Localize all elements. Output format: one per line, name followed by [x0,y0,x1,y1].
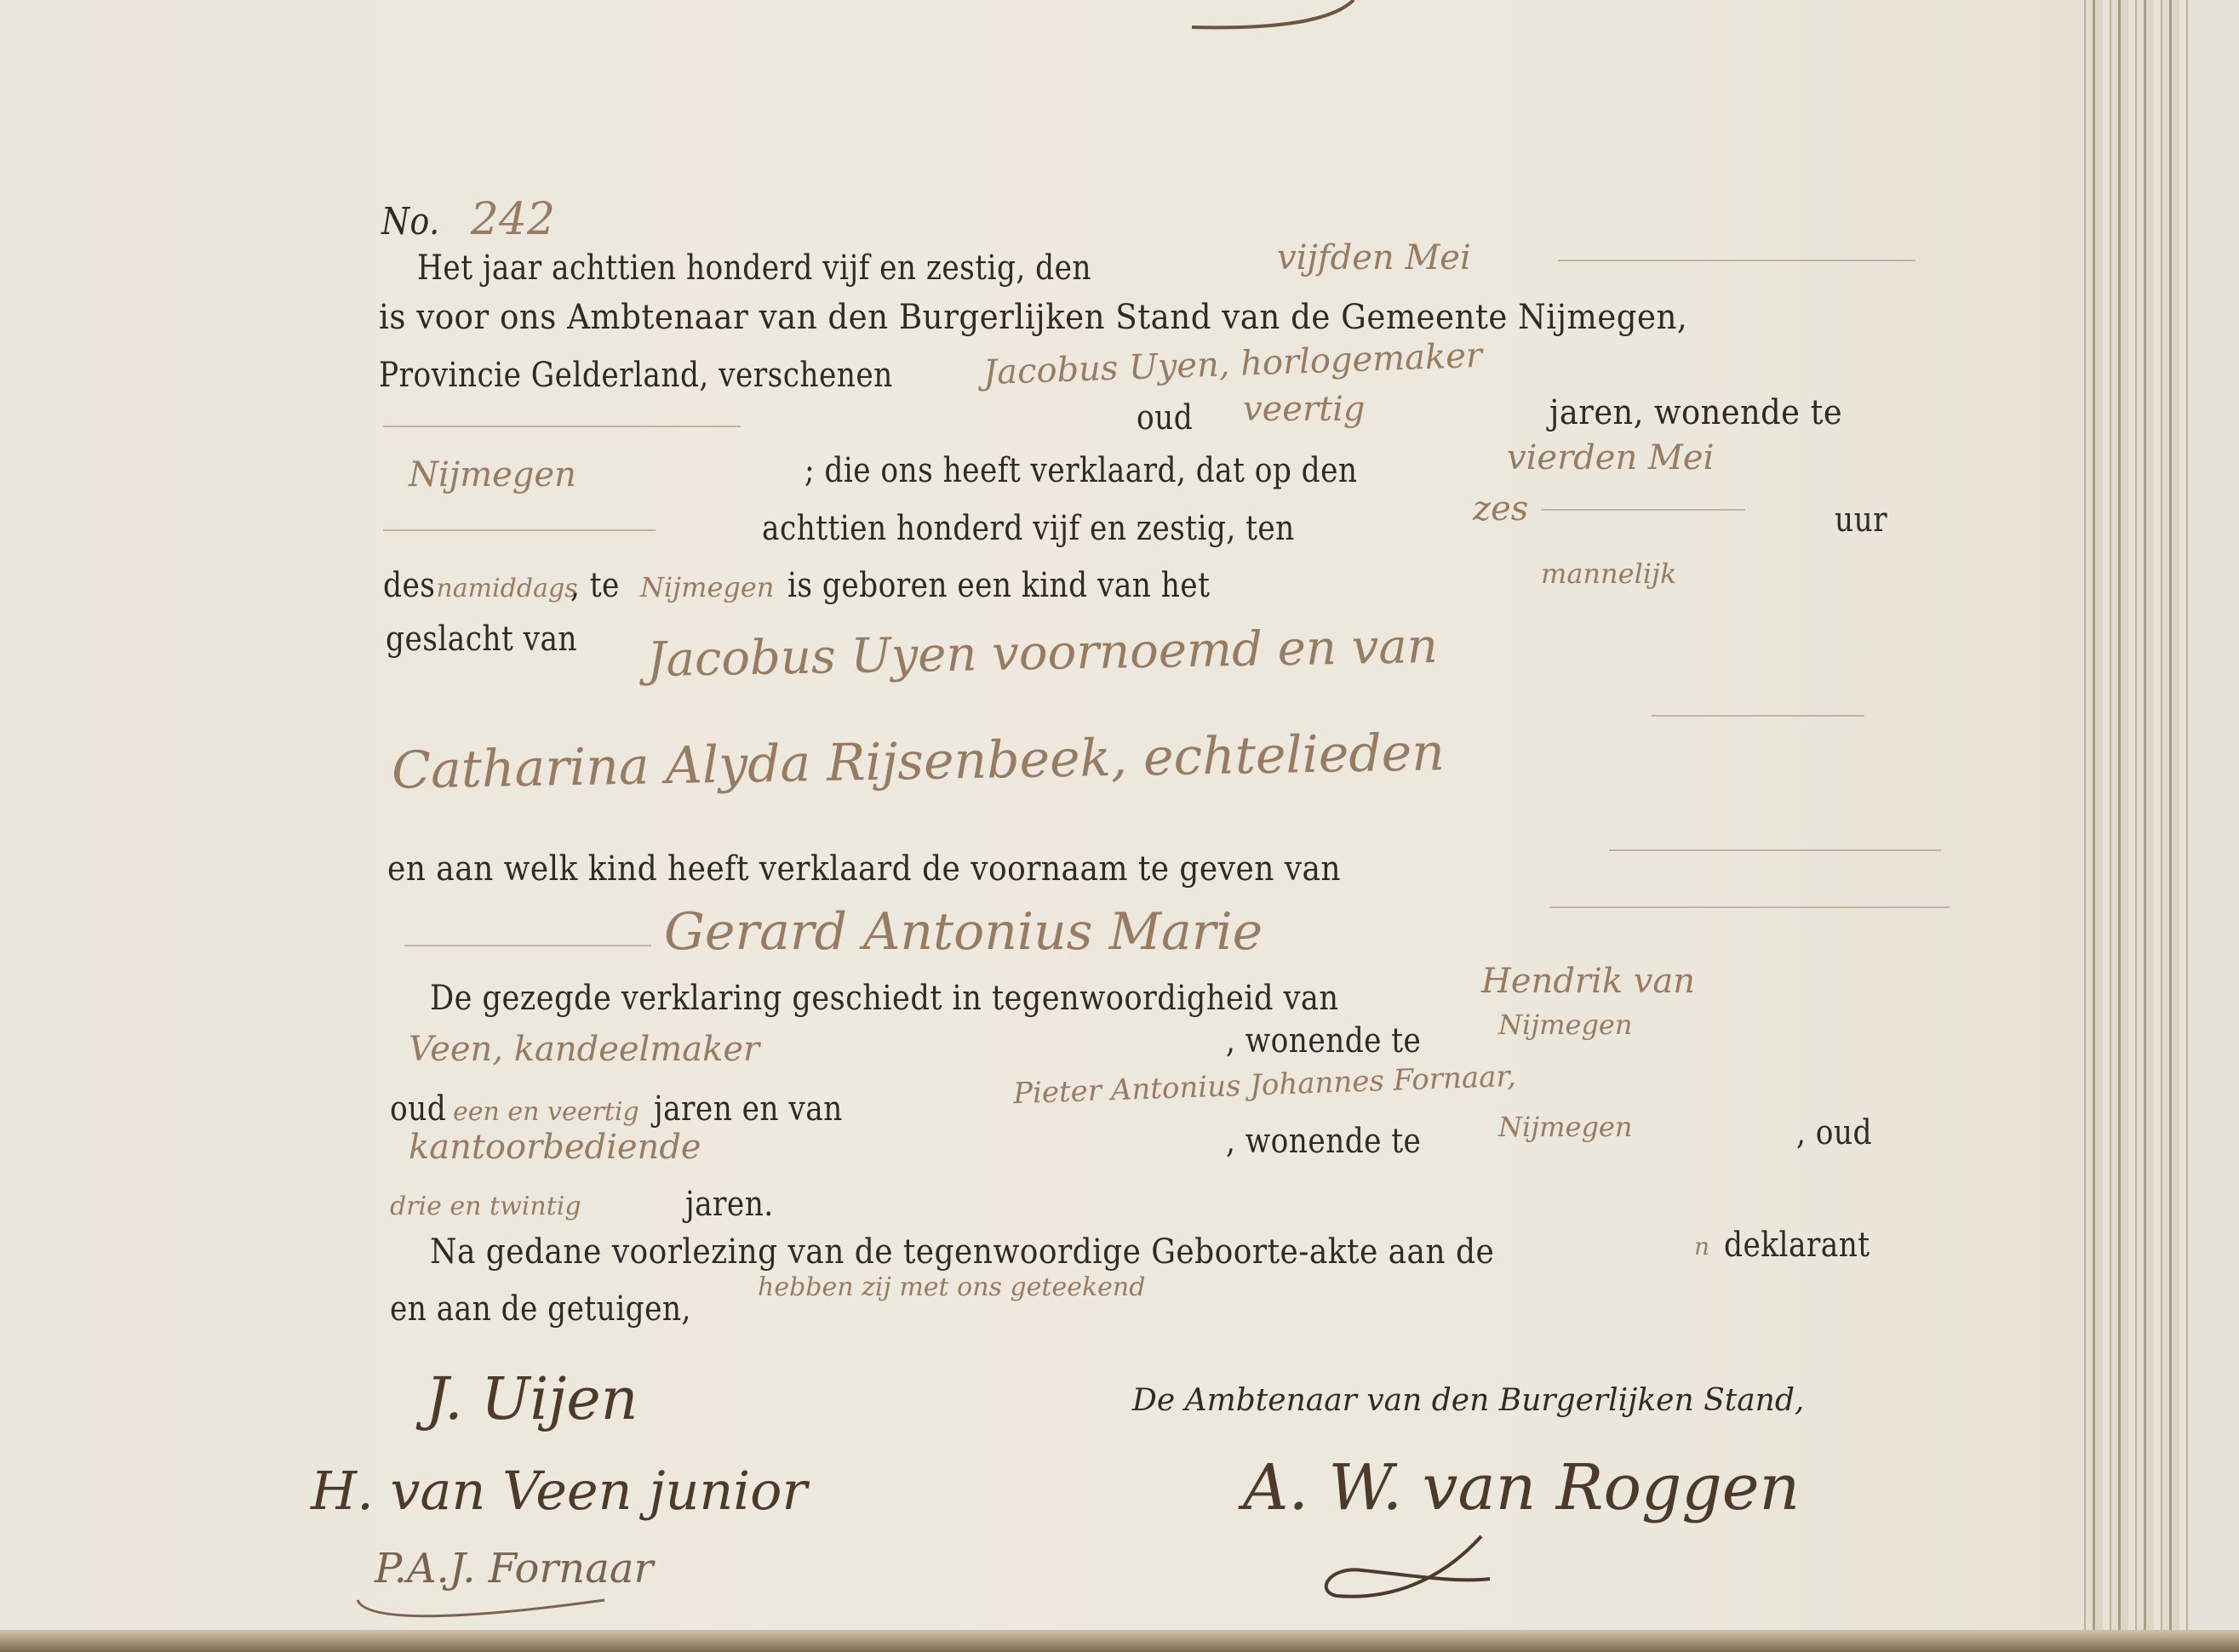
signature-declarant: J. Uijen [426,1366,638,1433]
hand-witness1-residence: Nijmegen [1498,1009,1632,1041]
printed-text: Provincie Gelderland, verschenen [379,356,893,395]
book-page-edges [2077,0,2239,1652]
book-bottom-shadow [0,1630,2239,1652]
line-17: Na gedane voorlezing van de tegenwoordig… [430,1232,1612,1272]
line-8: geslacht van [386,620,609,659]
printed-text: , te [570,566,620,605]
printed-text: des [383,566,435,605]
handwritten-text: Gerard Antonius Marie [664,902,1263,962]
hand-witness2: Pieter Antonius Johannes Fornaar, [1013,1068,1516,1102]
handwritten-text: namiddags [436,574,577,603]
hand-date: vijfden Mei [1277,238,1471,277]
hand-residence: Nijmegen [409,455,576,494]
line-15b: , oud [1796,1113,1884,1152]
printed-text: en aan de getuigen, [390,1289,691,1329]
printed-text: is geboren een kind van het [787,566,1210,605]
fill-rule [383,529,656,531]
hand-witness2-age: drie en twintig [390,1192,581,1221]
hand-declarant: Jacobus Uyen, horlogemaker [983,345,1482,384]
fill-rule [404,945,651,946]
handwritten-text: veertig [1243,390,1366,429]
flourish-stroke-icon [1183,0,1371,34]
printed-text: , wonende te [1226,1122,1421,1161]
signature-flourish-icon [349,1583,621,1626]
hand-suffix: n [1694,1232,1709,1260]
printed-text: jaren, wonende te [1549,393,1842,432]
line-17b: deklarant [1724,1226,1893,1265]
line-5: ; die ons heeft verklaard, dat op den [805,451,1447,490]
printed-text: is voor ons Ambtenaar van den Burgerlijk… [379,298,1687,337]
line-13: , wonende te [1226,1021,1453,1060]
hand-sex: mannelijk [1541,557,1676,590]
printed-text: achttien honderd vijf en zestig, ten [762,509,1295,548]
handwritten-text: Nijmegen [1498,1111,1632,1143]
line-6: achttien honderd vijf en zestig, ten [762,509,1382,548]
fill-rule [1652,715,1864,717]
printed-text: Na gedane voorlezing van de tegenwoordig… [430,1232,1494,1272]
previous-entry-flourish [1183,0,1371,37]
signature-text: H. van Veen junior [311,1460,807,1522]
entry-number: No. 242 [381,194,555,245]
hand-witness1: Hendrik van [1481,962,1695,1001]
printed-text: oud [1137,398,1193,437]
signature-text: J. Uijen [426,1366,638,1433]
line-10: en aan welk kind heeft verklaard de voor… [387,849,1447,889]
register-page: No. 242 Het jaar achttien honderd vijf e… [0,0,2077,1652]
hand-witness1-occupation: Veen, kandeelmaker [409,1030,759,1069]
fill-rule [1541,509,1745,511]
hand-closing: hebben zij met ons geteekend [758,1272,1145,1302]
printed-caption: De Ambtenaar van den Burgerlijken Stand, [1132,1383,1804,1418]
printed-text: uur [1835,500,1887,540]
handwritten-text: Nijmegen [1498,1009,1632,1041]
handwritten-text: zes [1473,489,1528,529]
official-flourish [1311,1532,1498,1612]
printed-text: , wonende te [1226,1021,1421,1060]
hand-age: veertig [1243,390,1366,429]
line-4: oud [1137,398,1202,437]
handwritten-text: Pieter Antonius Johannes Fornaar, [1012,1060,1516,1112]
signature-official: A. W. van Roggen [1243,1451,1800,1524]
line-7: des namiddags , te Nijmegen is geboren e… [383,566,1279,605]
printed-text: ; die ons heeft verklaard, dat op den [805,451,1357,490]
handwritten-text: drie en twintig [390,1192,581,1221]
printed-text: oud [390,1089,446,1129]
handwritten-text: een en veertig [453,1097,639,1127]
hand-witness2-occupation: kantoorbediende [409,1128,701,1167]
line-12: De gezegde verklaring geschiedt in tegen… [430,979,1463,1018]
signature-witness-1: H. van Veen junior [311,1460,807,1522]
signature-flourish-icon [1311,1532,1498,1609]
printed-text: geslacht van [386,620,577,659]
printed-text: , oud [1796,1113,1872,1152]
hand-witness2-residence: Nijmegen [1498,1111,1632,1143]
printed-text: jaren en van [654,1089,843,1129]
handwritten-text: n [1694,1232,1709,1260]
hand-birthdate: vierden Mei [1507,438,1714,477]
handwritten-text: Hendrik van [1481,962,1695,1001]
handwritten-text: Nijmegen [409,455,576,494]
line-4b: jaren, wonende te [1549,393,1868,432]
line-2: is voor ons Ambtenaar van den Burgerlijk… [379,298,1786,337]
fill-rule [383,426,741,427]
hand-father: Jacobus Uyen voornoemd en van [647,626,1438,681]
number-label: No. [381,200,440,243]
hand-mother: Catharina Alyda Rijsenbeek, echtelieden [392,732,1445,792]
printed-text: De gezegde verklaring geschiedt in tegen… [430,979,1338,1018]
handwritten-text: kantoorbediende [409,1128,701,1167]
handwritten-text: Jacobus Uyen, horlogemaker [982,336,1482,392]
printed-text: en aan welk kind heeft verklaard de voor… [387,849,1341,889]
handwritten-text: mannelijk [1541,557,1676,590]
printed-text: deklarant [1724,1226,1870,1265]
handwritten-text: vierden Mei [1507,438,1714,477]
signature-text: A. W. van Roggen [1243,1451,1800,1524]
line-18: en aan de getuigen, [390,1289,740,1329]
line-15: , wonende te [1226,1122,1453,1161]
witness-2-flourish [349,1583,621,1629]
handwritten-text: Catharina Alyda Rijsenbeek, echtelieden [391,723,1445,801]
line-16: jaren. [685,1185,788,1224]
printed-text: Het jaar achttien honderd vijf en zestig… [417,249,1091,288]
line-3: Provincie Gelderland, verschenen [379,356,976,395]
handwritten-text: Nijmegen [640,571,774,603]
handwritten-text: hebben zij met ons geteekend [758,1272,1145,1302]
printed-text: jaren. [685,1185,774,1224]
line-1: Het jaar achttien honderd vijf en zestig… [417,249,1201,288]
fill-rule [1609,849,1941,851]
fill-rule [1549,906,1950,908]
official-caption: De Ambtenaar van den Burgerlijken Stand, [1132,1383,1804,1418]
hand-given-names: Gerard Antonius Marie [664,902,1263,962]
line-6b: uur [1835,500,1896,540]
handwritten-text: vijfden Mei [1277,238,1471,277]
handwritten-text: Jacobus Uyen voornoemd en van [647,619,1439,688]
number-value: 242 [471,194,555,245]
handwritten-text: Veen, kandeelmaker [409,1030,759,1069]
line-14: oud een en veertig jaren en van [390,1089,873,1129]
fill-rule [1558,260,1915,261]
hand-hour: zes [1473,489,1528,529]
